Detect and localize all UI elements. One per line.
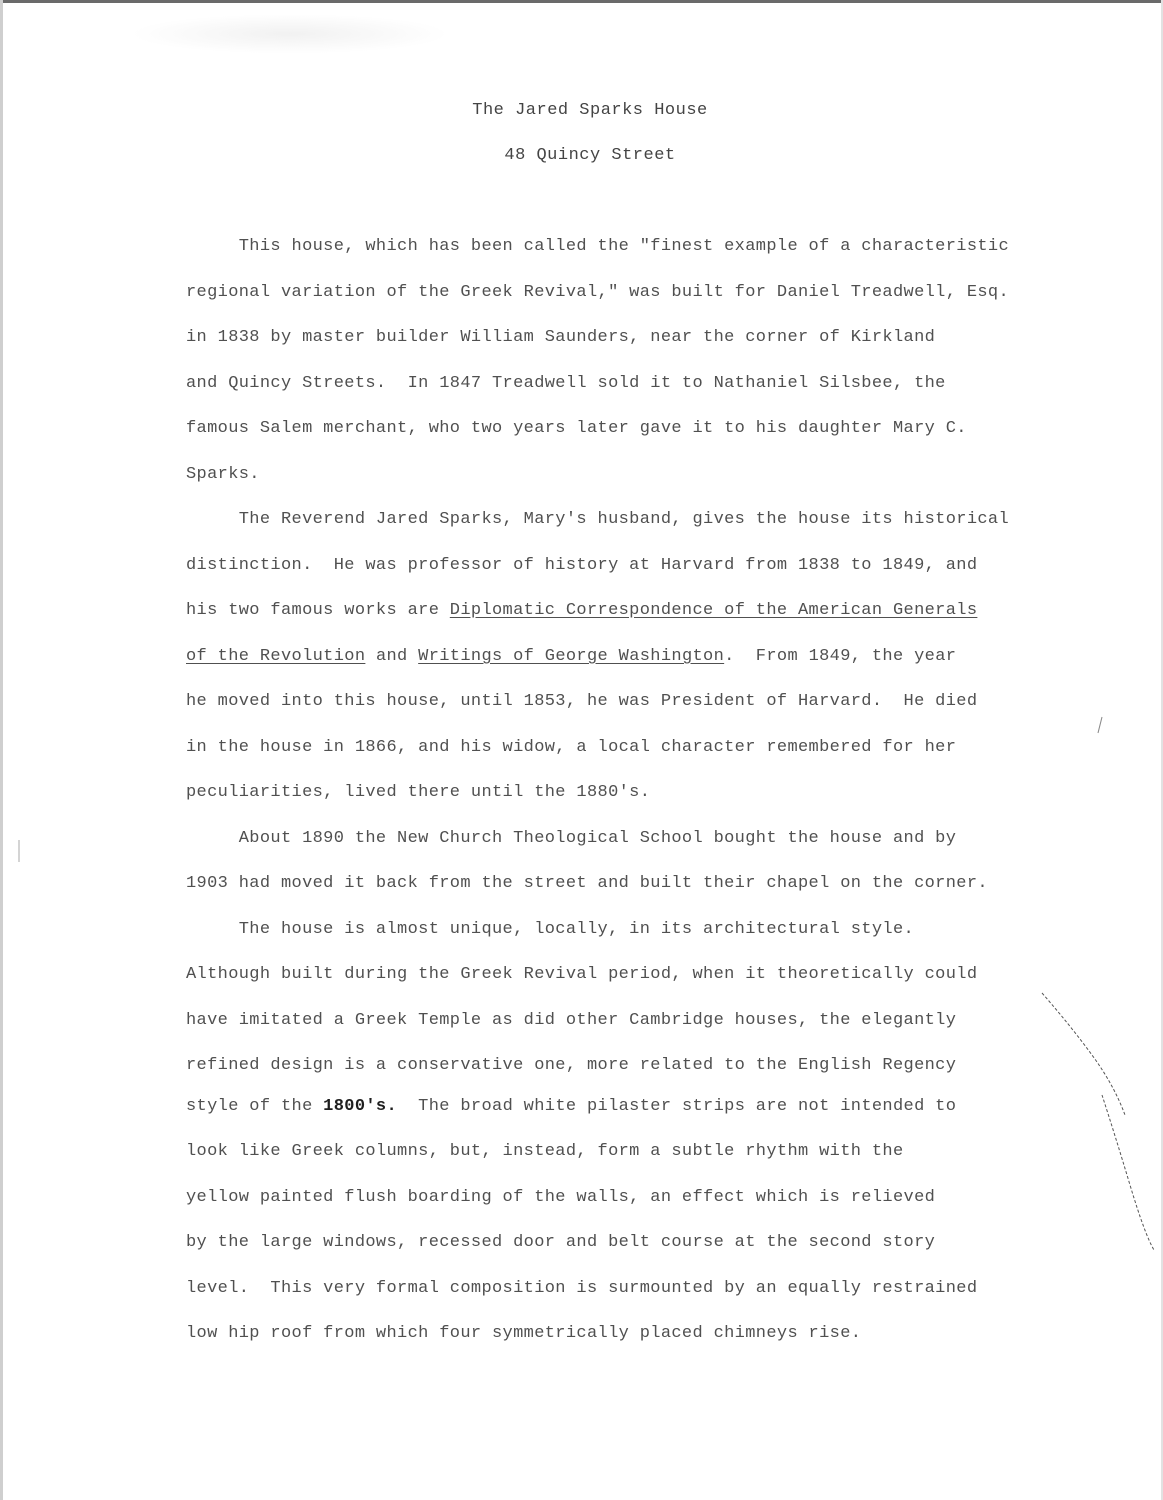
text-segment-emphasis: 1800's. [323, 1097, 397, 1116]
text-line: have imitated a Greek Temple as did othe… [186, 1011, 956, 1030]
text-line: Sparks. [186, 465, 260, 484]
page-top-edge [0, 0, 1163, 3]
text-line: The house is almost unique, locally, in … [186, 920, 914, 939]
text-line: by the large windows, recessed door and … [186, 1233, 935, 1252]
text-line: regional variation of the Greek Revival,… [186, 283, 1009, 302]
text-line-with-title: of the Revolution and Writings of George… [186, 647, 956, 666]
text-line: refined design is a conservative one, mo… [186, 1056, 956, 1075]
text-line: famous Salem merchant, who two years lat… [186, 419, 967, 438]
text-line: 1903 had moved it back from the street a… [186, 874, 988, 893]
text-segment: his two famous works are [186, 601, 450, 620]
document-subtitle: 48 Quincy Street [0, 146, 1163, 165]
text-line-mixed: style of the 1800's. The broad white pil… [186, 1097, 956, 1116]
text-line: in the house in 1866, and his widow, a l… [186, 738, 956, 757]
text-segment: style of the [186, 1097, 323, 1116]
book-title-diplomatic-correspondence-cont: of the Revolution [186, 647, 365, 666]
document-title: The Jared Sparks House [0, 101, 1163, 120]
text-line: low hip roof from which four symmetrical… [186, 1324, 861, 1343]
text-line: This house, which has been called the "f… [186, 237, 1009, 256]
text-line: and Quincy Streets. In 1847 Treadwell so… [186, 374, 946, 393]
text-segment: . From 1849, the year [724, 647, 956, 666]
book-title-diplomatic-correspondence: Diplomatic Correspondence of the America… [450, 601, 978, 620]
text-line: The Reverend Jared Sparks, Mary's husban… [186, 510, 1009, 529]
scan-smudge [130, 14, 450, 54]
text-line: look like Greek columns, but, instead, f… [186, 1142, 904, 1161]
text-line: Although built during the Greek Revival … [186, 965, 977, 984]
text-line: level. This very formal composition is s… [186, 1279, 977, 1298]
text-line: peculiarities, lived there until the 188… [186, 783, 650, 802]
text-line: in 1838 by master builder William Saunde… [186, 328, 935, 347]
book-title-writings-of-washington: Writings of George Washington [418, 647, 724, 666]
text-segment: and [365, 647, 418, 666]
text-line: he moved into this house, until 1853, he… [186, 692, 977, 711]
pencil-tick-mark [1095, 715, 1105, 735]
text-line: distinction. He was professor of history… [186, 556, 977, 575]
text-line: yellow painted flush boarding of the wal… [186, 1188, 935, 1207]
text-line-with-title: his two famous works are Diplomatic Corr… [186, 601, 977, 620]
pencil-margin-mark [1030, 985, 1163, 1260]
text-line: About 1890 the New Church Theological Sc… [186, 829, 956, 848]
text-segment: The broad white pilaster strips are not … [397, 1097, 956, 1116]
page-left-edge [0, 0, 3, 1500]
left-margin-tick [16, 838, 22, 864]
